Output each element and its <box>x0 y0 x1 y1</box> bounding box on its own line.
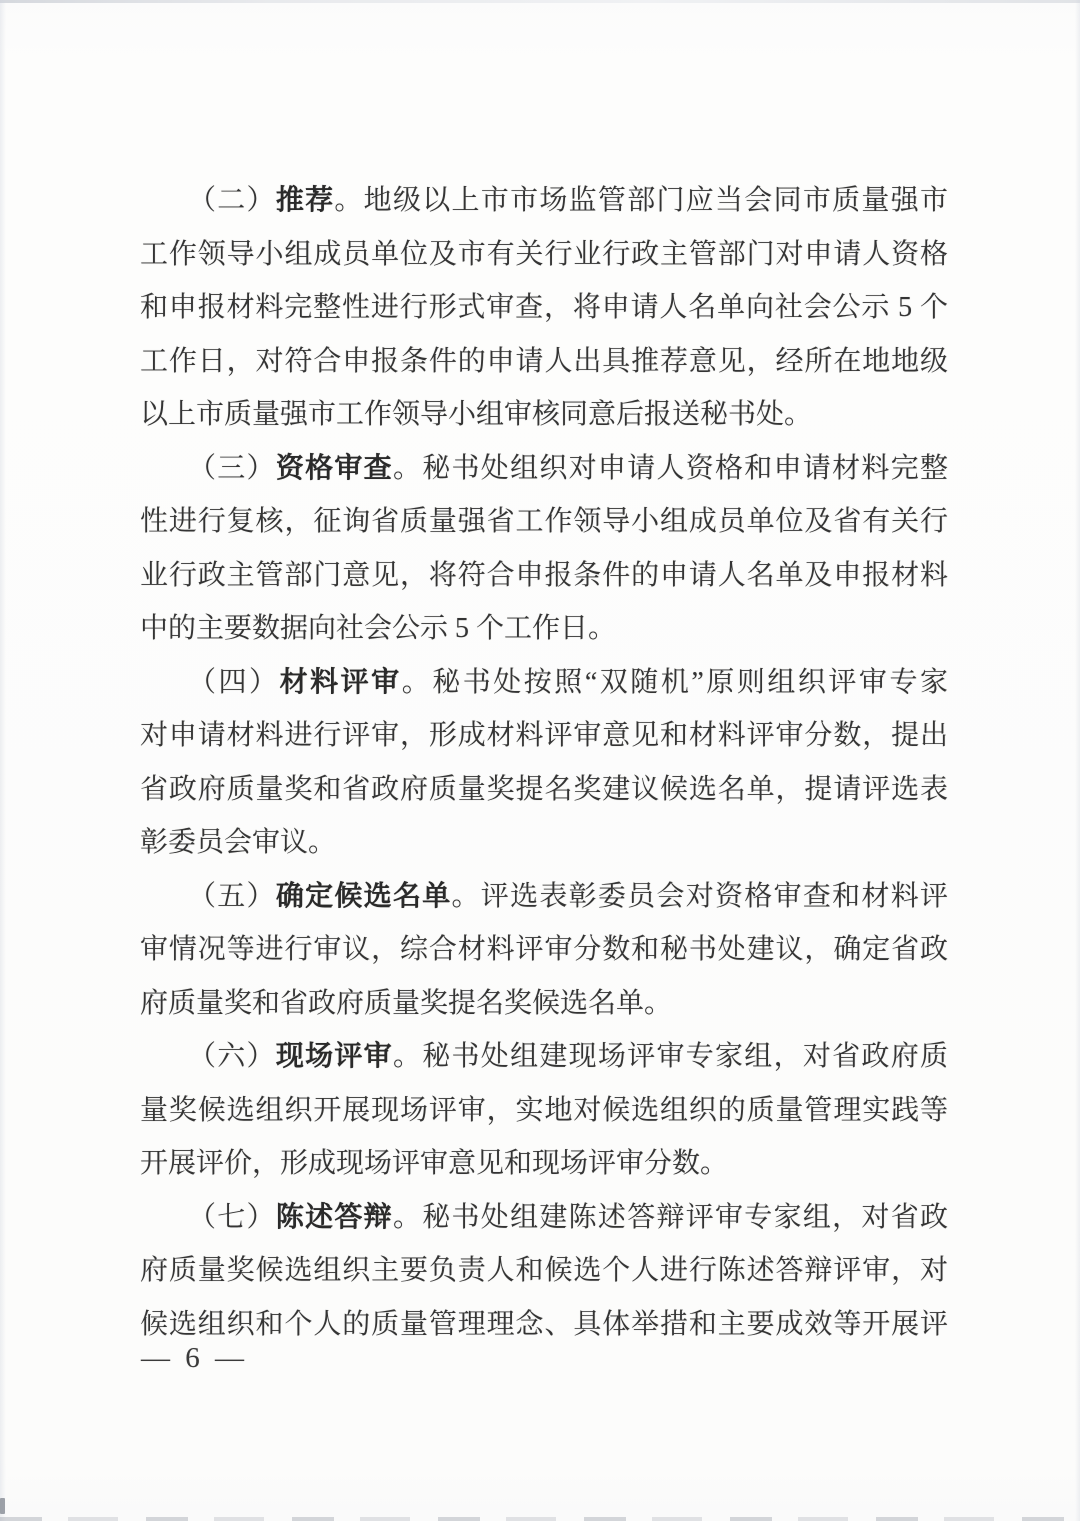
paragraph-clause-2: （三）资格审查。秘书处组织对申请人资格和申请材料完整性进行复核，征询省质量强省工… <box>140 442 948 656</box>
document-line: 以上市质量强市工作领导小组审核同意后报送秘书处。 <box>140 388 948 442</box>
document-line: 业行政主管部门意见，将符合申报条件的申请人名单及申报材料 <box>140 549 948 603</box>
paragraph-first-line: （三）资格审查。秘书处组织对申请人资格和申请材料完整 <box>140 442 948 496</box>
document-line: 量奖候选组织开展现场评审，实地对候选组织的质量管理实践等 <box>140 1084 948 1138</box>
scan-artifact-right-edge <box>1075 0 1080 1521</box>
paragraph-first-line: （六）现场评审。秘书处组建现场评审专家组，对省政府质 <box>140 1030 948 1084</box>
document-line: 开展评价，形成现场评审意见和现场评审分数。 <box>140 1137 948 1191</box>
clause-first-line-text: 。地级以上市市场监管部门应当会同市质量强市 <box>334 185 948 216</box>
clause-marker: （七） <box>188 1202 276 1233</box>
document-body-text: （二）推荐。地级以上市市场监管部门应当会同市质量强市工作领导小组成员单位及市有关… <box>140 174 948 1351</box>
scan-artifact-left-edge <box>0 0 6 1521</box>
document-line: 审情况等进行审议，综合材料评审分数和秘书处建议，确定省政 <box>140 923 948 977</box>
page-number: — 6 — <box>141 1337 248 1379</box>
paragraph-clause-5: （六）现场评审。秘书处组建现场评审专家组，对省政府质量奖候选组织开展现场评审，实… <box>140 1030 948 1191</box>
document-line: 中的主要数据向社会公示 5 个工作日。 <box>140 602 948 656</box>
clause-marker: （二） <box>188 185 276 216</box>
clause-marker: （五） <box>188 881 276 912</box>
document-line: 工作日，对符合申报条件的申请人出具推荐意见，经所在地地级 <box>140 335 948 389</box>
clause-marker: （四） <box>188 667 280 698</box>
document-line: 府质量奖候选组织主要负责人和候选个人进行陈述答辩评审，对 <box>140 1244 948 1298</box>
clause-first-line-text: 。秘书处组建陈述答辩评审专家组，对省政 <box>393 1202 948 1233</box>
clause-marker: （三） <box>188 453 276 484</box>
scan-artifact-corner-mark <box>0 1498 5 1514</box>
clause-first-line-text: 。秘书处组织对申请人资格和申请材料完整 <box>393 453 948 484</box>
clause-term: 资格审查 <box>276 453 393 484</box>
clause-term: 陈述答辩 <box>276 1202 393 1233</box>
paragraph-first-line: （五）确定候选名单。评选表彰委员会对资格审查和材料评 <box>140 870 948 924</box>
scan-artifact-top-edge <box>0 0 1080 3</box>
clause-first-line-text: 。评选表彰委员会对资格审查和材料评 <box>452 881 948 912</box>
document-line: 性进行复核，征询省质量强省工作领导小组成员单位及省有关行 <box>140 495 948 549</box>
clause-first-line-text: 。秘书处组建现场评审专家组，对省政府质 <box>393 1041 948 1072</box>
document-line: 候选组织和个人的质量管理理念、具体举措和主要成效等开展评 <box>140 1298 948 1352</box>
clause-first-line-text: 。秘书处按照“双随机”原则组织评审专家 <box>402 667 948 698</box>
paragraph-first-line: （七）陈述答辩。秘书处组建陈述答辩评审专家组，对省政 <box>140 1191 948 1245</box>
document-line: 对申请材料进行评审，形成材料评审意见和材料评审分数，提出 <box>140 709 948 763</box>
document-line: 府质量奖和省政府质量奖提名奖候选名单。 <box>140 977 948 1031</box>
document-line: 省政府质量奖和省政府质量奖提名奖建议候选名单，提请评选表 <box>140 763 948 817</box>
clause-marker: （六） <box>188 1041 276 1072</box>
document-line: 工作领导小组成员单位及市有关行业行政主管部门对申请人资格 <box>140 228 948 282</box>
clause-term: 推荐 <box>276 185 335 216</box>
paragraph-clause-4: （五）确定候选名单。评选表彰委员会对资格审查和材料评审情况等进行审议，综合材料评… <box>140 870 948 1031</box>
clause-term: 材料评审 <box>280 667 402 698</box>
paragraph-clause-1: （二）推荐。地级以上市市场监管部门应当会同市质量强市工作领导小组成员单位及市有关… <box>140 174 948 442</box>
scan-artifact-bottom-edge <box>0 1517 1080 1521</box>
paragraph-first-line: （二）推荐。地级以上市市场监管部门应当会同市质量强市 <box>140 174 948 228</box>
scanned-document-page: （二）推荐。地级以上市市场监管部门应当会同市质量强市工作领导小组成员单位及市有关… <box>0 0 1080 1521</box>
clause-term: 现场评审 <box>276 1041 393 1072</box>
document-line: 和申报材料完整性进行形式审查，将申请人名单向社会公示 5 个 <box>140 281 948 335</box>
clause-term: 确定候选名单 <box>276 881 452 912</box>
paragraph-clause-6: （七）陈述答辩。秘书处组建陈述答辩评审专家组，对省政府质量奖候选组织主要负责人和… <box>140 1191 948 1352</box>
paragraph-first-line: （四）材料评审。秘书处按照“双随机”原则组织评审专家 <box>140 656 948 710</box>
paragraph-clause-3: （四）材料评审。秘书处按照“双随机”原则组织评审专家对申请材料进行评审，形成材料… <box>140 656 948 870</box>
document-line: 彰委员会审议。 <box>140 816 948 870</box>
